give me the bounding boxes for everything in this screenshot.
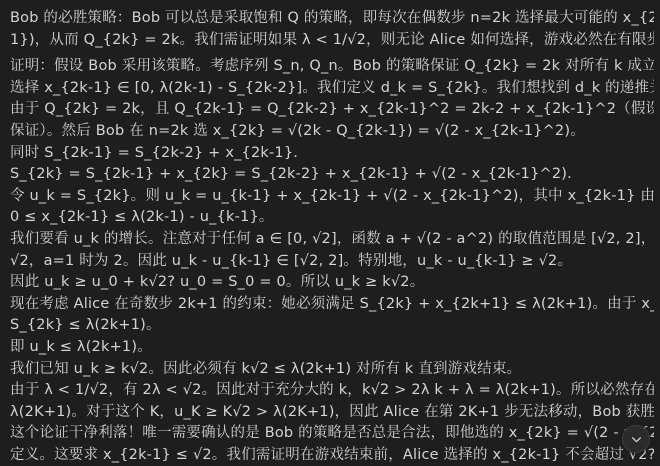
text-line: 我们要看 u_k 的增长。注意对于任何 a ∈ [0, √2]，函数 a + √… [10,229,654,251]
text-line: 由于 Q_{2k} = 2k，且 Q_{2k-1} = Q_{2k-2} + x… [10,99,654,121]
text-line: √2，a=1 时为 2。因此 u_k - u_{k-1} ∈ [√2, 2]。特… [10,251,654,273]
text-line: Bob 的必胜策略：Bob 可以总是采取饱和 Q 的策略，即每次在偶数步 n=2… [10,8,654,30]
text-line: 证明：假设 Bob 采用该策略。考虑序列 S_n, Q_n。Bob 的策略保证 … [10,56,654,78]
text-line: 令 u_k = S_{2k}。则 u_k = u_{k-1} + x_{2k-1… [10,186,654,208]
text-line: λ(2K+1)。对于这个 K，u_K ≥ K√2 > λ(2K+1)，因此 Al… [10,402,654,424]
text-line: 由于 λ < 1/√2，有 2λ < √2。因此对于充分大的 k，k√2 > 2… [10,380,654,402]
chat-transcript: Bob 的必胜策略：Bob 可以总是采取饱和 Q 的策略，即每次在偶数步 n=2… [0,0,660,466]
text-line: S_{2k} ≤ λ(2k+1)。 [10,315,654,337]
text-line: 定义。这要求 x_{2k-1} ≤ √2。我们需证明在游戏结束前，Alice 选… [10,445,654,466]
proof-text: Bob 的必胜策略：Bob 可以总是采取饱和 Q 的策略，即每次在偶数步 n=2… [0,0,660,466]
text-line: 这个论证干净利落！唯一需要确认的是 Bob 的策略是否总是合法，即他选的 x_{… [10,423,654,445]
text-line: S_{2k} = S_{2k-1} + x_{2k} = S_{2k-2} + … [10,164,654,186]
text-line: 1})，从而 Q_{2k} = 2k。我们需证明如果 λ < 1/√2，则无论 … [10,30,654,52]
chevron-down-path [632,437,640,441]
text-line: 同时 S_{2k-1} = S_{2k-2} + x_{2k-1}. [10,143,654,165]
text-line: 选择 x_{2k-1} ∈ [0, λ(2k-1) - S_{2k-2}]。我们… [10,78,654,100]
text-line: 因此 u_k ≥ u_0 + k√2? u_0 = S_0 = 0。所以 u_k… [10,272,654,294]
text-line: 保证）。然后 Bob 在 n=2k 选 x_{2k} = √(2k - Q_{2… [10,121,654,143]
text-line: 我们已知 u_k ≥ k√2。因此必须有 k√2 ≤ λ(2k+1) 对所有 k… [10,359,654,381]
text-line: 即 u_k ≤ λ(2k+1)。 [10,337,654,359]
scroll-to-bottom-button[interactable] [622,425,650,453]
text-line: 现在考虑 Alice 在奇数步 2k+1 的约束：她必须满足 S_{2k} + … [10,294,654,316]
chevron-down-icon [630,433,643,446]
text-line: 0 ≤ x_{2k-1} ≤ λ(2k-1) - u_{k-1}。 [10,207,654,229]
